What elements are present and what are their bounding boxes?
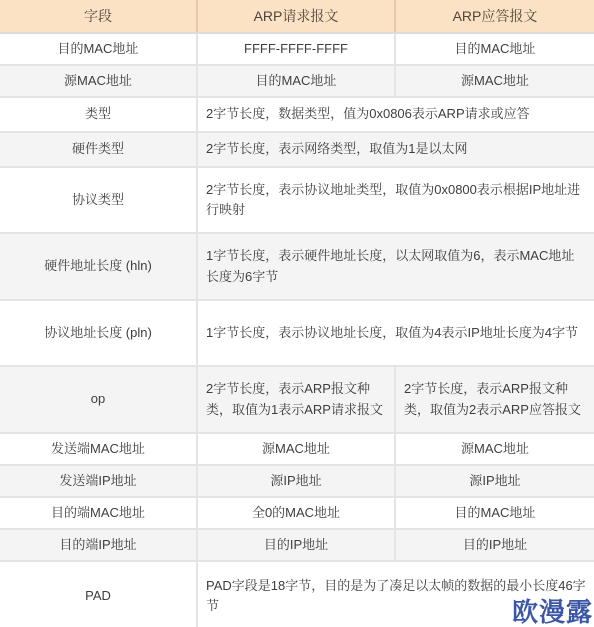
- cell-field: 目的端IP地址: [0, 529, 197, 561]
- header-cell-request: ARP请求报文: [197, 0, 395, 33]
- table-row: PADPAD字段是18字节，目的是为了凑足以太帧的数据的最小长度46字节: [0, 561, 594, 627]
- cell-description: 1字节长度，表示硬件地址长度，以太网取值为6，表示MAC地址长度为6字节: [197, 233, 594, 300]
- cell-field: 源MAC地址: [0, 65, 197, 97]
- cell-field: 发送端IP地址: [0, 465, 197, 497]
- cell-request: 源MAC地址: [197, 433, 395, 465]
- cell-request: 全0的MAC地址: [197, 497, 395, 529]
- cell-field: 发送端MAC地址: [0, 433, 197, 465]
- cell-request: 源IP地址: [197, 465, 395, 497]
- cell-reply: 源MAC地址: [395, 65, 594, 97]
- table-row: op2字节长度，表示ARP报文种类，取值为1表示ARP请求报文2字节长度，表示A…: [0, 366, 594, 433]
- cell-reply: 目的MAC地址: [395, 497, 594, 529]
- table-row: 硬件地址长度 (hln)1字节长度，表示硬件地址长度，以太网取值为6，表示MAC…: [0, 233, 594, 300]
- table-row: 协议类型2字节长度，表示协议地址类型，取值为0x0800表示根据IP地址进行映射: [0, 167, 594, 233]
- arp-packet-field-table: 字段 ARP请求报文 ARP应答报文 目的MAC地址FFFF-FFFF-FFFF…: [0, 0, 594, 627]
- table-row: 协议地址长度 (pln)1字节长度，表示协议地址长度，取值为4表示IP地址长度为…: [0, 300, 594, 366]
- cell-reply: 源IP地址: [395, 465, 594, 497]
- cell-request: 目的MAC地址: [197, 65, 395, 97]
- table-row: 类型2字节长度，数据类型，值为0x0806表示ARP请求或应答: [0, 97, 594, 132]
- cell-reply: 2字节长度，表示ARP报文种类，取值为2表示ARP应答报文: [395, 366, 594, 433]
- header-row: 字段 ARP请求报文 ARP应答报文: [0, 0, 594, 33]
- cell-description: 2字节长度，表示协议地址类型，取值为0x0800表示根据IP地址进行映射: [197, 167, 594, 233]
- table-row: 目的端MAC地址全0的MAC地址目的MAC地址: [0, 497, 594, 529]
- cell-description: 2字节长度，表示网络类型，取值为1是以太网: [197, 132, 594, 167]
- cell-field: 协议地址长度 (pln): [0, 300, 197, 366]
- table-row: 目的端IP地址目的IP地址目的IP地址: [0, 529, 594, 561]
- cell-field: 硬件类型: [0, 132, 197, 167]
- cell-request: 目的IP地址: [197, 529, 395, 561]
- table-row: 硬件类型2字节长度，表示网络类型，取值为1是以太网: [0, 132, 594, 167]
- table-header: 字段 ARP请求报文 ARP应答报文: [0, 0, 594, 33]
- table-row: 目的MAC地址FFFF-FFFF-FFFF目的MAC地址: [0, 33, 594, 65]
- table-body: 目的MAC地址FFFF-FFFF-FFFF目的MAC地址源MAC地址目的MAC地…: [0, 33, 594, 627]
- cell-reply: 目的IP地址: [395, 529, 594, 561]
- cell-reply: 源MAC地址: [395, 433, 594, 465]
- cell-description: 2字节长度，数据类型，值为0x0806表示ARP请求或应答: [197, 97, 594, 132]
- cell-description: 1字节长度，表示协议地址长度，取值为4表示IP地址长度为4字节: [197, 300, 594, 366]
- cell-field: 协议类型: [0, 167, 197, 233]
- cell-field: PAD: [0, 561, 197, 627]
- table-row: 发送端MAC地址源MAC地址源MAC地址: [0, 433, 594, 465]
- table-row: 发送端IP地址源IP地址源IP地址: [0, 465, 594, 497]
- cell-field: op: [0, 366, 197, 433]
- cell-field: 目的MAC地址: [0, 33, 197, 65]
- table-row: 源MAC地址目的MAC地址源MAC地址: [0, 65, 594, 97]
- cell-field: 目的端MAC地址: [0, 497, 197, 529]
- header-cell-reply: ARP应答报文: [395, 0, 594, 33]
- watermark: 欧漫露: [512, 592, 593, 627]
- header-cell-field: 字段: [0, 0, 197, 33]
- cell-request: FFFF-FFFF-FFFF: [197, 33, 395, 65]
- cell-field: 硬件地址长度 (hln): [0, 233, 197, 300]
- cell-reply: 目的MAC地址: [395, 33, 594, 65]
- cell-request: 2字节长度，表示ARP报文种类，取值为1表示ARP请求报文: [197, 366, 395, 433]
- cell-field: 类型: [0, 97, 197, 132]
